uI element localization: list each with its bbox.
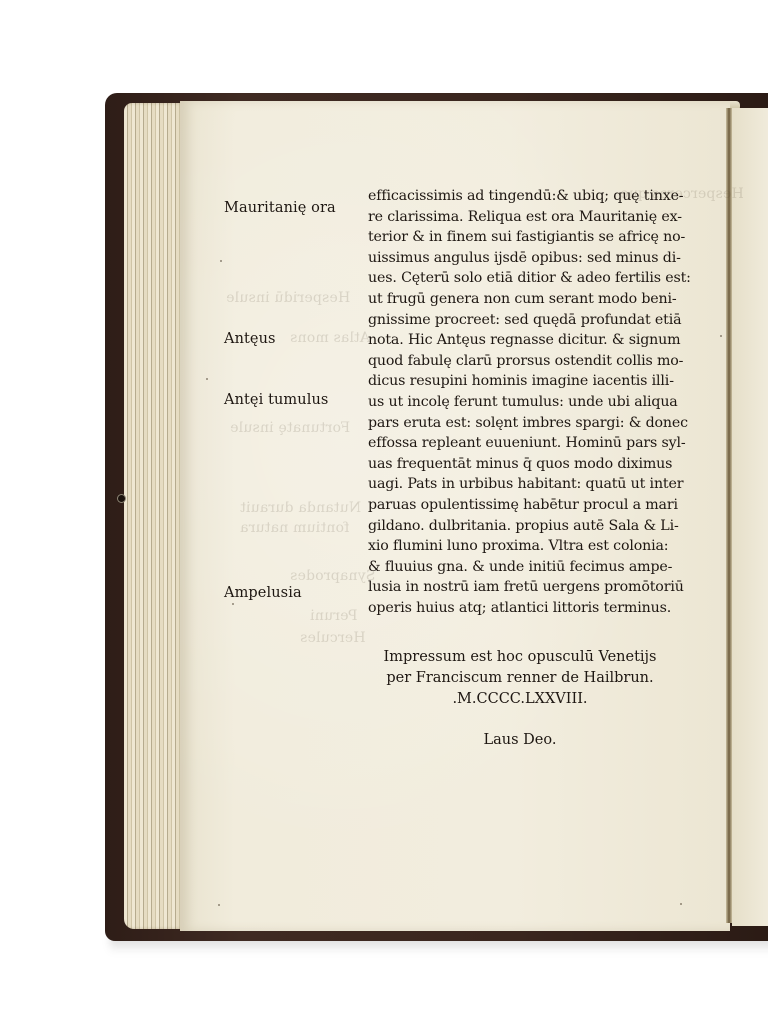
- text-line: us ut incolę ferunt tumulus: unde ubi al…: [368, 392, 668, 413]
- text-line: & fluuius gna. & unde initiū fecimus amp…: [368, 557, 668, 578]
- text-line: uas frequentāt minus q̄ quos modo diximu…: [368, 454, 668, 475]
- colophon-closing: Laus Deo.: [370, 730, 670, 751]
- text-line: uissimus angulus ijsdē opibus: sed minus…: [368, 248, 668, 269]
- text-line: paruas opulentissimę habētur procul a ma…: [368, 495, 668, 516]
- text-line: ues. Cęterū solo etiā ditior & adeo fert…: [368, 268, 668, 289]
- text-line: quod fabulę clarū prorsus ostendit colli…: [368, 351, 668, 372]
- foxing-speck: [220, 260, 222, 262]
- marginal-note: Antęi tumulus: [224, 392, 328, 408]
- text-line: ut frugū genera non cum serant modo beni…: [368, 289, 668, 310]
- colophon: Impressum est hoc opusculū Venetijs per …: [370, 647, 670, 751]
- book-photograph: Hesperceras que Hesperidū insule Atlas m…: [0, 0, 768, 1025]
- marginal-note: Ampelusia: [224, 585, 302, 601]
- show-through-text: Atlas mons: [290, 330, 370, 346]
- show-through-text: fontium natura: [240, 520, 349, 536]
- text-line: xio flumini luno proxima. Vltra est colo…: [368, 536, 668, 557]
- show-through-text: Synaprodes: [290, 568, 375, 584]
- foxing-speck: [232, 603, 234, 605]
- colophon-date: .M.CCCC.LXXVIII.: [370, 689, 670, 710]
- text-line: terior & in finem sui fastigiantis se af…: [368, 227, 668, 248]
- colophon-line: Impressum est hoc opusculū Venetijs: [370, 647, 670, 668]
- page-block-edges: [124, 103, 184, 929]
- foxing-speck: [218, 904, 220, 906]
- text-line: pars eruta est: solęnt imbres spargi: & …: [368, 413, 668, 434]
- text-line: gnissime procreet: sed quędā profundat e…: [368, 310, 668, 331]
- text-line: re clarissima. Reliqua est ora Mauritani…: [368, 207, 668, 228]
- text-line: effossa repleant euueniunt. Hominū pars …: [368, 433, 668, 454]
- text-line: operis huius atq; atlantici littoris ter…: [368, 598, 668, 619]
- main-text-block: efficacissimis ad tingendū:& ubiq; quę t…: [368, 186, 668, 618]
- text-line: gildano. dulbritania. propius autē Sala …: [368, 516, 668, 537]
- text-line: dicus resupini hominis imagine iacentis …: [368, 371, 668, 392]
- marginal-note: Mauritanię ora: [224, 200, 336, 216]
- clasp-pin-icon: [118, 495, 125, 502]
- show-through-text: Hesperidū insule: [226, 290, 350, 306]
- foxing-speck: [680, 903, 682, 905]
- foxing-speck: [720, 335, 722, 337]
- show-through-text: Fortunatę insule: [230, 420, 350, 436]
- right-page-edge: [732, 108, 768, 926]
- text-line: lusia in nostrū iam fretū uergens promōt…: [368, 577, 668, 598]
- marginal-note: Antęus: [224, 331, 276, 347]
- show-through-text: Nutanda durauit: [240, 500, 361, 516]
- colophon-line: per Franciscum renner de Hailbrun.: [370, 668, 670, 689]
- text-line: uagi. Pats in urbibus habitant: quatū ut…: [368, 474, 668, 495]
- text-line: efficacissimis ad tingendū:& ubiq; quę t…: [368, 186, 668, 207]
- text-line: nota. Hic Antęus regnasse dicitur. & sig…: [368, 330, 668, 351]
- show-through-text: Peruni: [310, 608, 357, 624]
- foxing-speck: [206, 378, 208, 380]
- show-through-text: Hercules: [300, 630, 366, 646]
